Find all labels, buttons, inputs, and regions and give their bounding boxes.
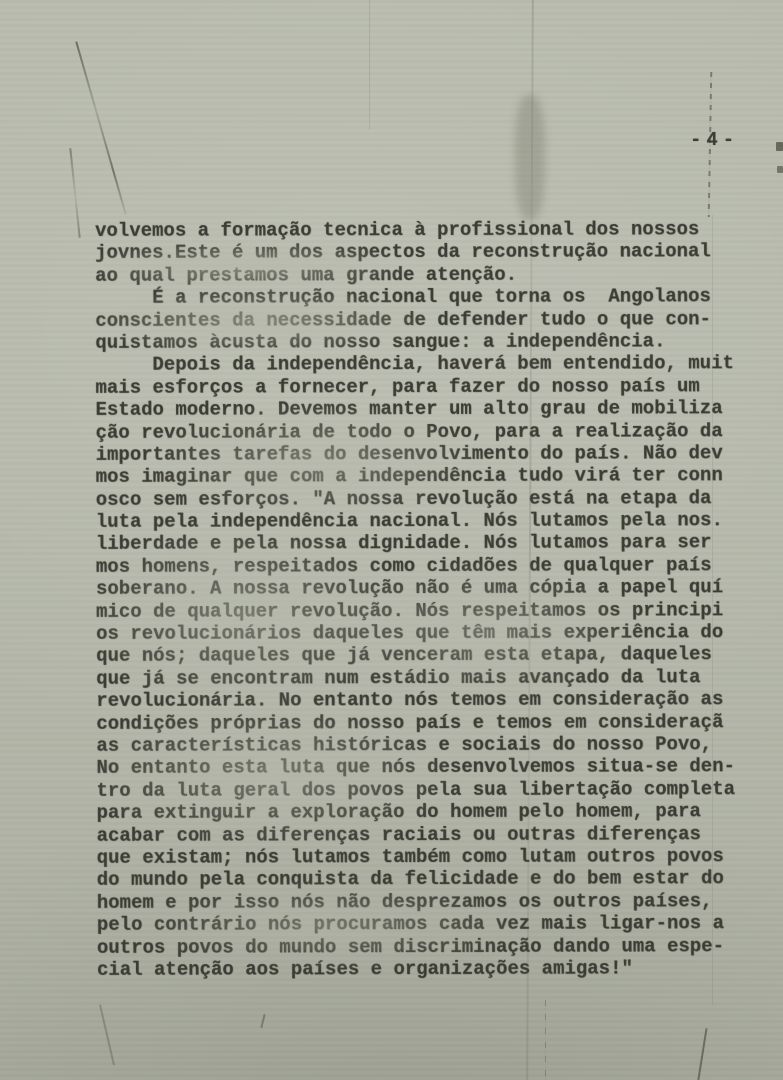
text-line: Estado moderno. Devemos manter um alto g… <box>95 397 755 421</box>
text-line: luta pela independência nacional. Nós lu… <box>96 509 756 533</box>
edge-ink-fragment <box>776 142 783 151</box>
text-line: que já se encontram num estádio mais ava… <box>96 666 756 690</box>
text-line: condições próprias do nosso país e temos… <box>96 711 756 735</box>
text-line: os revolucionários daqueles que têm mais… <box>96 621 756 645</box>
text-line: outros povos do mundo sem discriminação … <box>97 935 757 959</box>
text-line: cial atenção aos países e organizações a… <box>97 957 757 981</box>
crease-mark <box>369 0 370 130</box>
text-line: No entanto esta luta que nós desenvolvem… <box>96 756 756 780</box>
text-line: volvemos a formação tecnica à profission… <box>95 218 755 242</box>
edge-ink-fragment <box>777 166 783 173</box>
text-line: acabar com as diferenças raciais ou outr… <box>97 823 757 847</box>
text-line: osco sem esforços. "A nossa revolução es… <box>96 487 756 511</box>
text-line: para extinguir a exploração do homem pel… <box>97 800 757 824</box>
text-line: homem e por isso nós não desprezamos os … <box>97 890 757 914</box>
text-line: mos imaginar que com a independência tud… <box>96 464 756 488</box>
text-line: do mundo pela conquista da felicidade e … <box>97 867 757 891</box>
text-line: mais esforços a fornecer, para fazer do … <box>95 375 755 399</box>
text-line: tro da luta geral dos povos pela sua lib… <box>96 778 756 802</box>
text-line: mos homens, respeitados como cidadões de… <box>96 554 756 578</box>
text-line: Depois da independência, haverá bem ente… <box>95 352 755 376</box>
document-text-block: volvemos a formação tecnica à profission… <box>95 218 757 981</box>
crease-mark <box>545 1000 546 1080</box>
crease-mark <box>260 1014 265 1028</box>
crease-mark <box>69 148 80 238</box>
crease-mark <box>75 41 127 215</box>
scanned-document-page: -4- volvemos a formação tecnica à profis… <box>0 0 783 1080</box>
text-line: soberano. A nossa revolução não é uma có… <box>96 576 756 600</box>
page-number: -4- <box>690 129 739 151</box>
text-line: pelo contrário nós procuramos cada vez m… <box>97 912 757 936</box>
text-line: liberdade e pela nossa dignidade. Nós lu… <box>96 532 756 556</box>
text-line: as características históricas e sociais … <box>96 733 756 757</box>
text-line: que existam; nós lutamos também como lut… <box>97 845 757 869</box>
text-line: ção revolucionária de todo o Povo, para … <box>96 420 756 444</box>
text-line: É a reconstrução nacional que torna os A… <box>95 285 755 309</box>
text-line: revolucionária. No entanto nós temos em … <box>96 688 756 712</box>
crease-mark <box>99 1005 114 1066</box>
text-line: que nós; daqueles que já venceram esta e… <box>96 644 756 668</box>
text-line: importantes tarefas do desenvolvimento d… <box>96 442 756 466</box>
smudge-mark <box>515 95 545 220</box>
text-line: ao qual prestamos uma grande atenção. <box>95 263 755 287</box>
text-line: jovnes.Este é um dos aspectos da reconst… <box>95 241 755 265</box>
text-line: conscientes da necessidade de defender t… <box>95 308 755 332</box>
crease-mark <box>696 1028 707 1080</box>
text-line: mico de qualquer revolução. Nós respeita… <box>96 599 756 623</box>
text-line: quistamos àcusta do nosso sangue: a inde… <box>95 330 755 354</box>
